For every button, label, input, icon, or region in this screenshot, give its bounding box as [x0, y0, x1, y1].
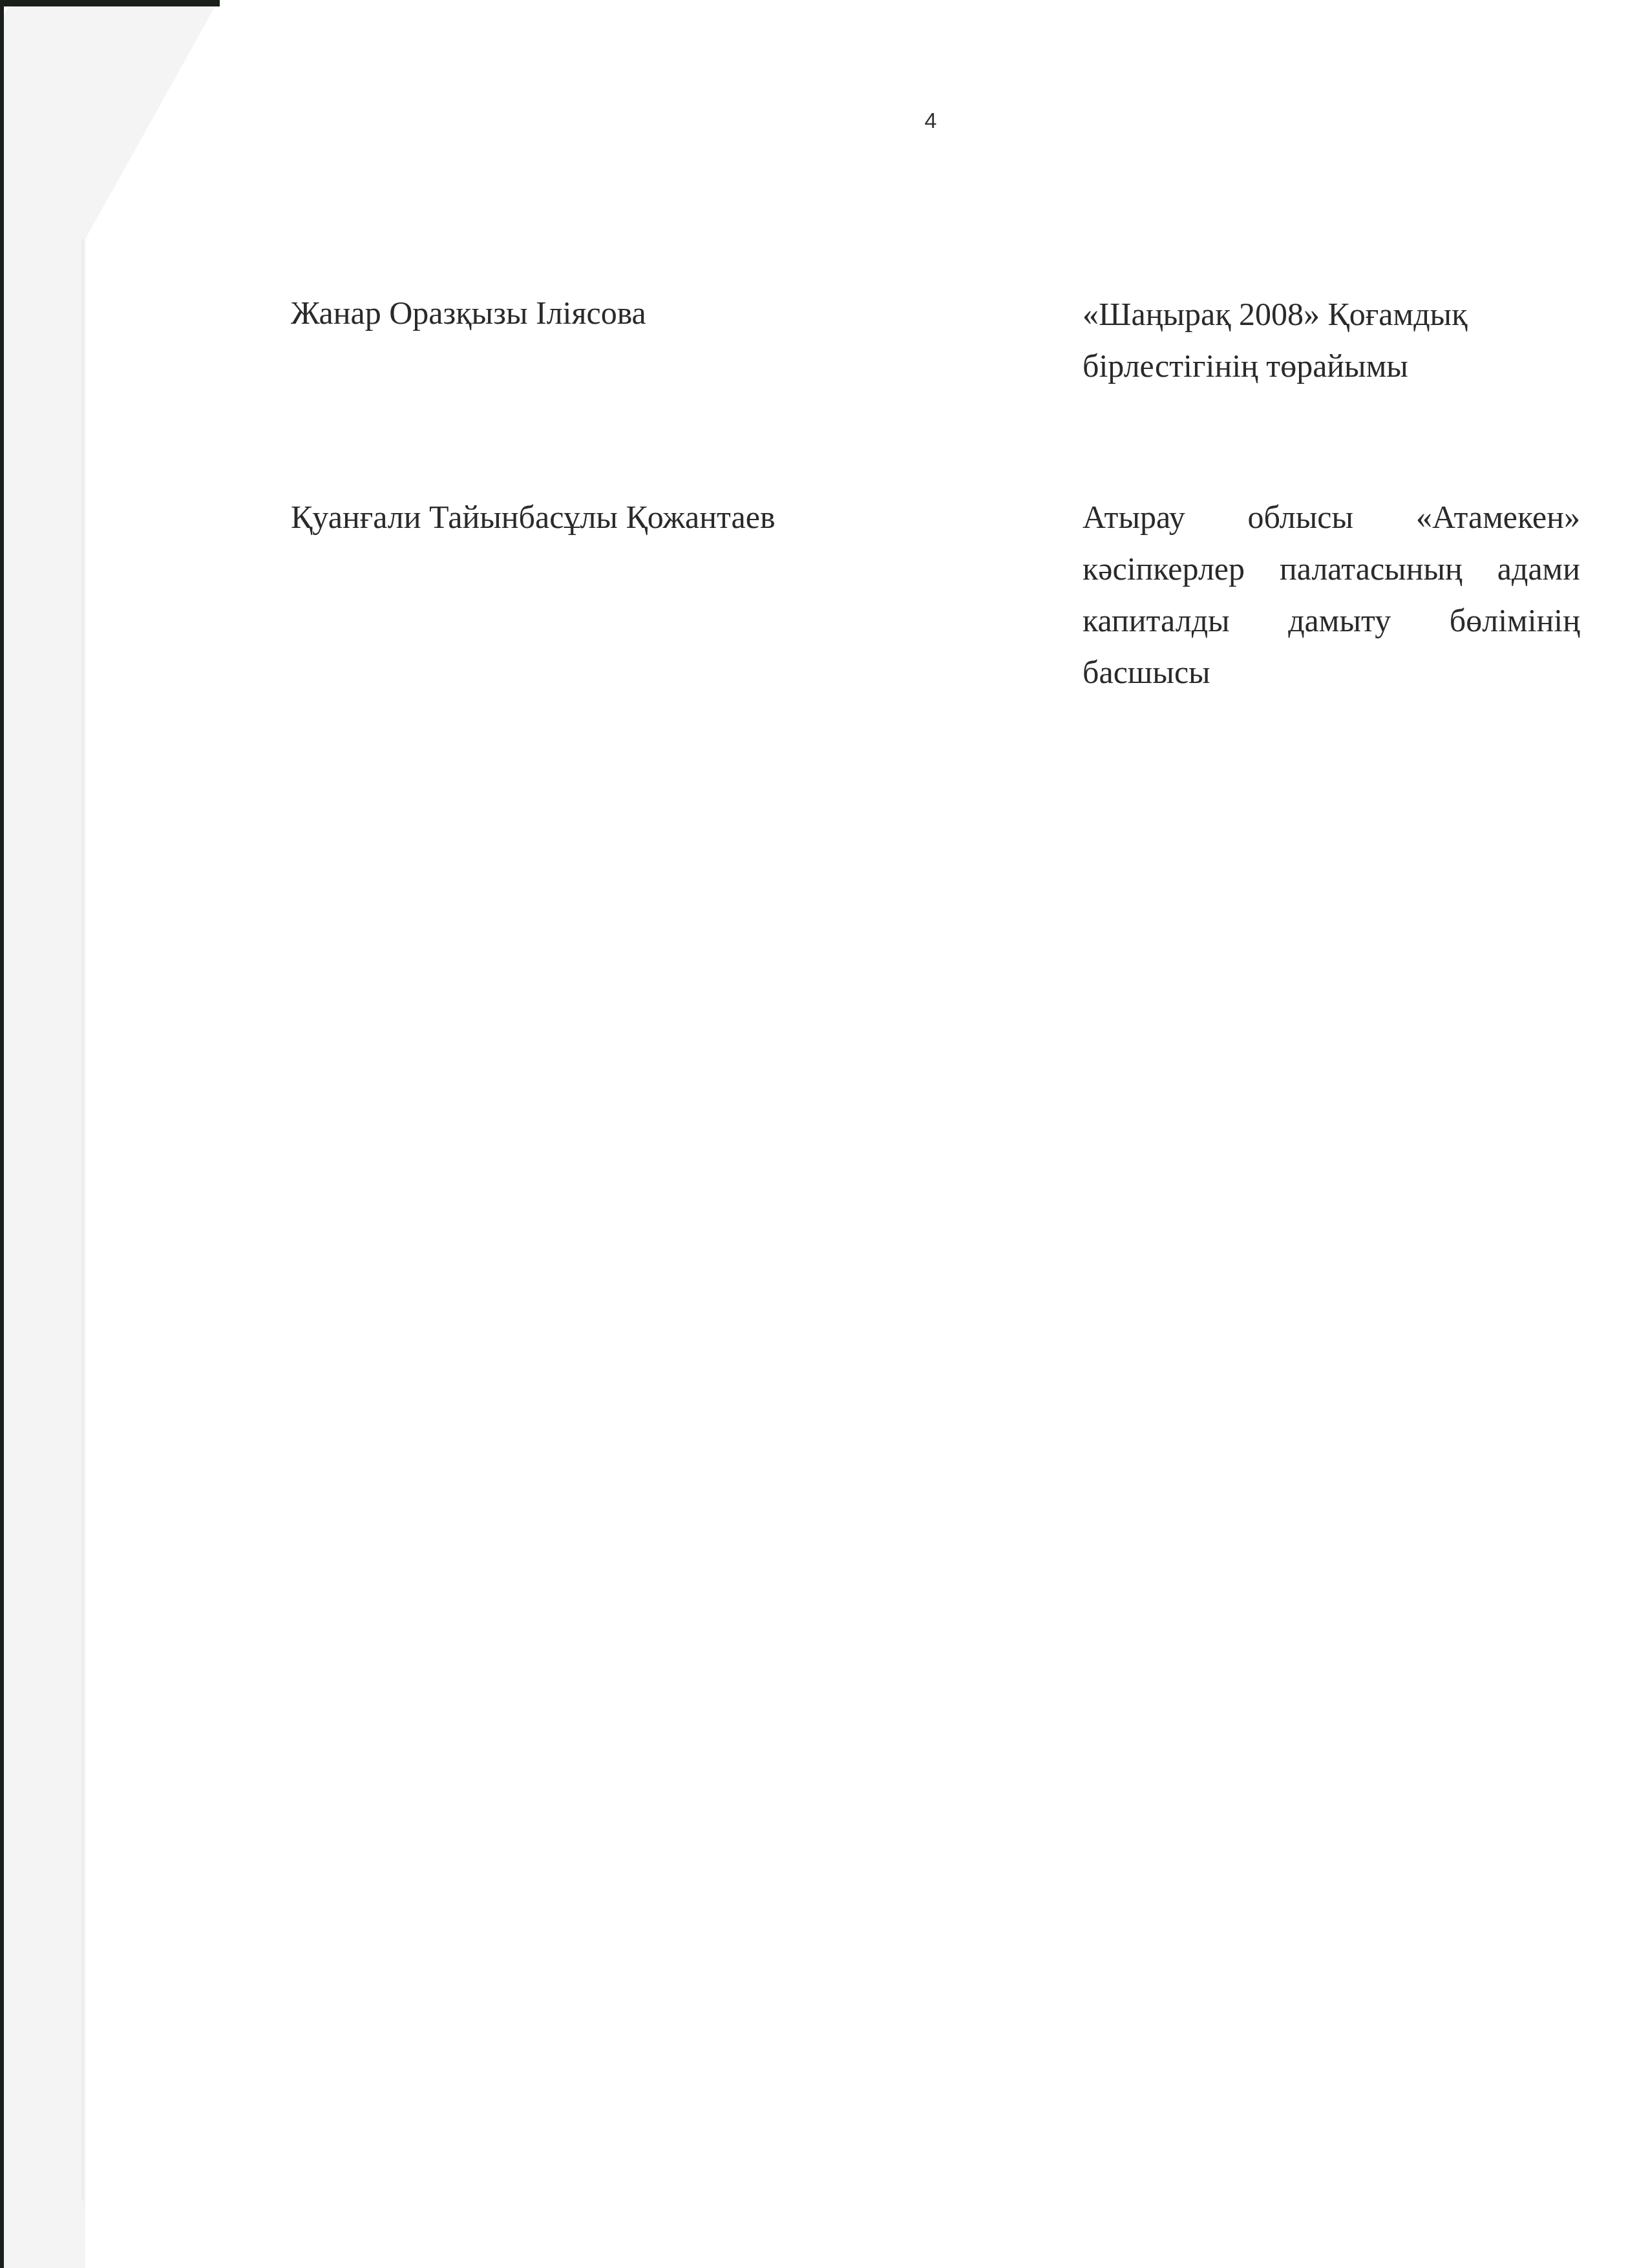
scan-top-border — [0, 0, 220, 6]
member-name: Жанар Оразқызы Іліясова — [291, 288, 646, 337]
member-position: Атырау облысы «Атамекен» кәсіпкерлер пал… — [1083, 491, 1580, 698]
scan-left-border — [0, 0, 4, 2268]
member-position: «Шаңырақ 2008» Қоғамдық бірлестігінің тө… — [1083, 288, 1580, 392]
member-name: Қуанғали Тайынбасұлы Қожантаев — [291, 492, 776, 541]
page-number: 4 — [918, 109, 944, 134]
fold-edge — [81, 239, 84, 2201]
